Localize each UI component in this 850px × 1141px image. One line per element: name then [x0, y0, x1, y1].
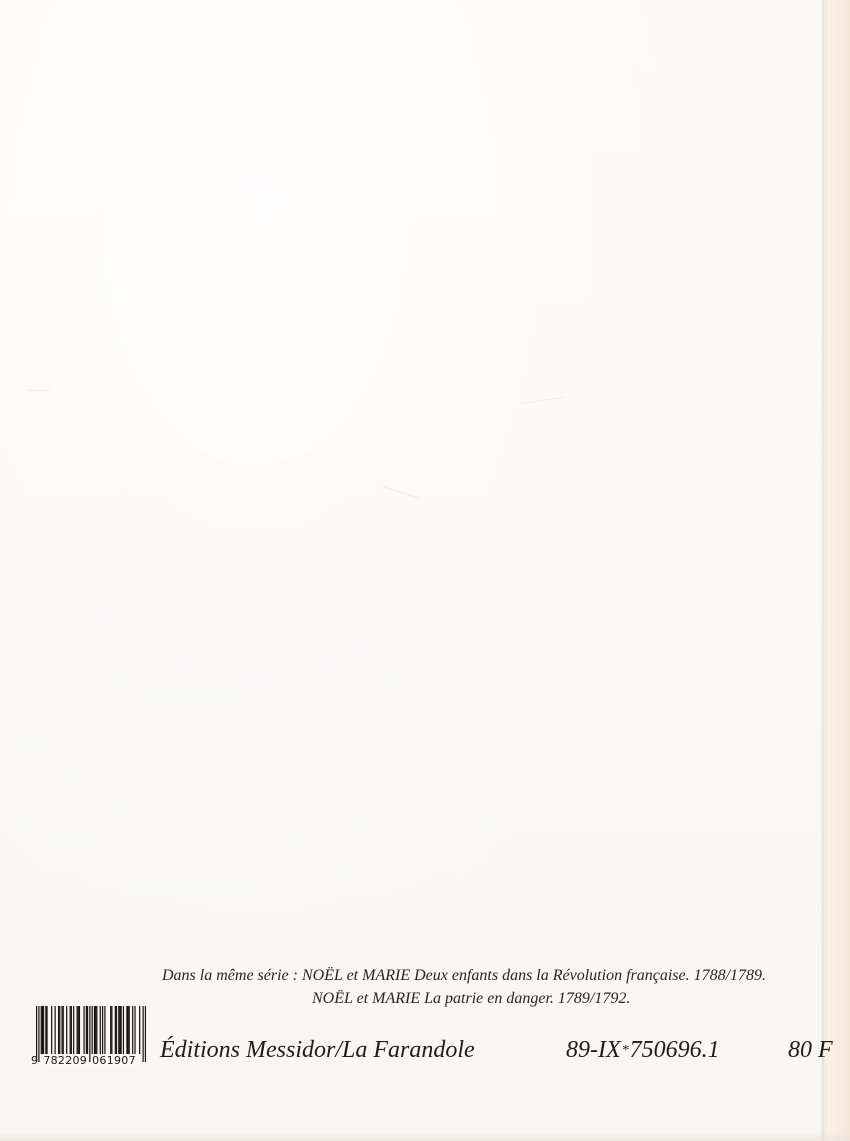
- book-spine: [823, 0, 850, 1141]
- paper-scuff: [28, 390, 50, 391]
- star-icon: *: [622, 1043, 629, 1058]
- price: 80 F: [788, 1037, 833, 1064]
- series-line-2: NOËL et MARIE La patrie en danger. 1789/…: [312, 987, 630, 1010]
- barcode-group-2: 061907: [91, 1054, 137, 1067]
- barcode-lead-digit: 9: [31, 1054, 38, 1067]
- barcode-digits: 9782209061907: [31, 1054, 137, 1067]
- bottom-edge-wear: [0, 1133, 850, 1141]
- isbn-barcode: 9782209061907: [28, 1006, 152, 1068]
- series-line-1: Dans la même série : NOËL et MARIE Deux …: [162, 964, 766, 987]
- publisher-name: Éditions Messidor/La Farandole: [160, 1037, 475, 1064]
- catalog-number: 89-IX*750696.1: [566, 1037, 720, 1064]
- catalog-suffix: 750696.1: [630, 1037, 720, 1063]
- catalog-prefix: 89-IX: [566, 1037, 621, 1063]
- barcode-group-1: 782209: [42, 1054, 88, 1067]
